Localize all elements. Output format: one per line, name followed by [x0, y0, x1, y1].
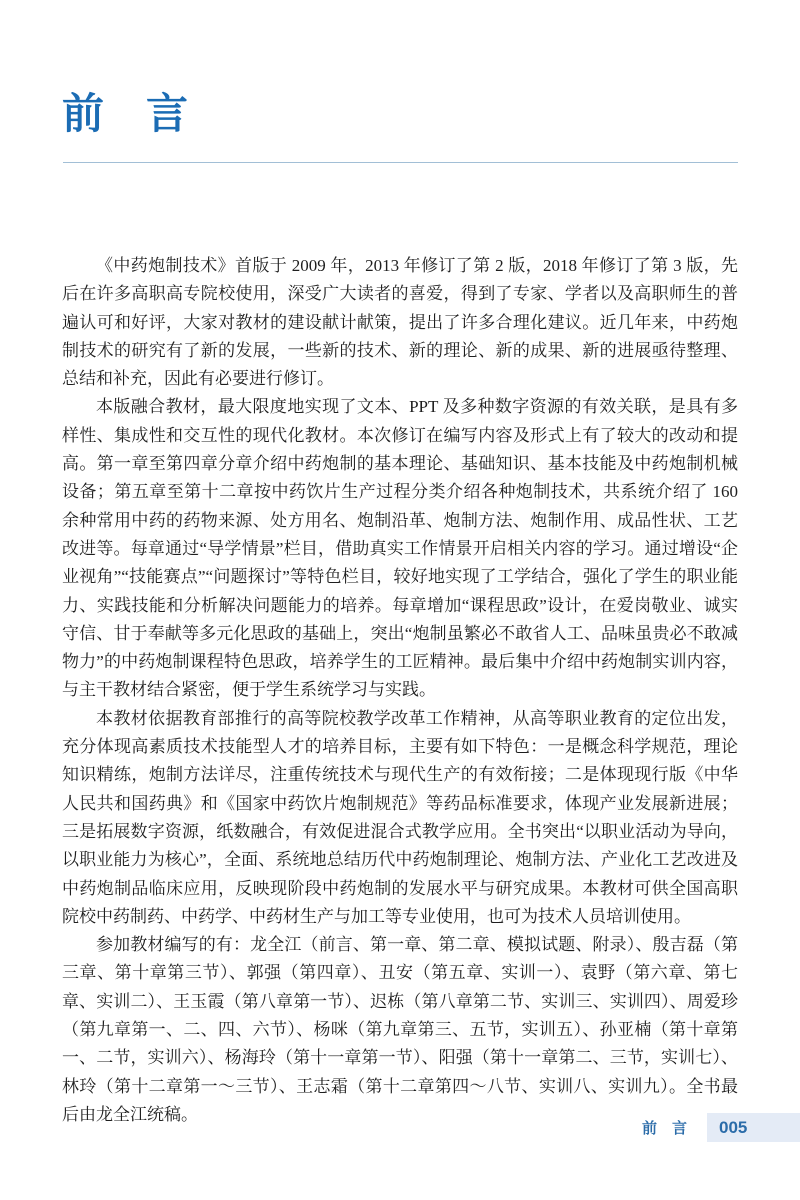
paragraph-contributors: 参加教材编写的有：龙全江（前言、第一章、第二章、模拟试题、附录）、殷吉磊（第三章… — [62, 931, 738, 1129]
page-title: 前 言 — [62, 90, 188, 138]
preface-page: 前 言 《中药炮制技术》首版于 2009 年，2013 年修订了第 2 版，20… — [0, 0, 800, 1200]
paragraph-characteristics: 本教材依据教育部推行的高等院校教学改革工作精神，从高等职业教育的定位出发，充分体… — [62, 705, 738, 931]
title-divider — [63, 162, 738, 163]
paragraph-revision-features: 本版融合教材，最大限度地实现了文本、PPT 及多种数字资源的有效关联，是具有多样… — [62, 393, 738, 704]
page-footer: 前 言 005 — [0, 1113, 800, 1142]
page-number-badge: 005 — [707, 1113, 800, 1142]
preface-body: 《中药炮制技术》首版于 2009 年，2013 年修订了第 2 版，2018 年… — [62, 252, 738, 1129]
footer-section-label: 前 言 — [642, 1117, 687, 1138]
paragraph-history: 《中药炮制技术》首版于 2009 年，2013 年修订了第 2 版，2018 年… — [62, 252, 738, 393]
